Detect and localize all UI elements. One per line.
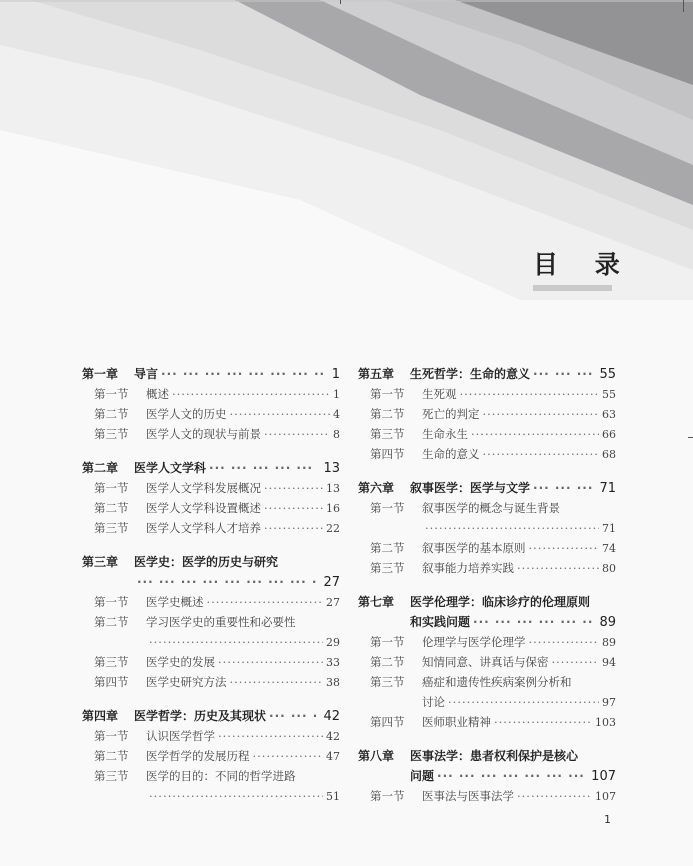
section-entry[interactable]: 第二节死亡的判定63 <box>358 404 616 424</box>
leader-dots <box>161 364 325 384</box>
section-entry[interactable]: 第四节医师职业精神103 <box>358 712 616 732</box>
section-entry-continuation[interactable]: 讨论97 <box>358 692 616 712</box>
toc-column-right: 第五章 生死哲学：生命的意义 55 第一节生死观55 第二节死亡的判定63 第三… <box>358 364 616 806</box>
toc-column-left: 第一章 导言 1 第一节概述1 第二节医学人文的历史4 第三节医学人文的现状与前… <box>82 364 340 806</box>
section-entry[interactable]: 第三节医学人文学科人才培养22 <box>82 518 340 538</box>
section-entry[interactable]: 第一节叙事医学的概念与诞生背景 <box>358 498 616 518</box>
section-entry[interactable]: 第一节医学人文学科发展概况13 <box>82 478 340 498</box>
section-entry-continuation[interactable]: 29 <box>82 632 340 652</box>
section-entry[interactable]: 第一节医事法与医事法学107 <box>358 786 616 806</box>
chapter-entry[interactable]: 第七章 医学伦理学：临床诊疗的伦理原则 <box>358 592 616 612</box>
chapter-entry-continuation[interactable]: 27 <box>82 572 340 592</box>
section-entry[interactable]: 第二节叙事医学的基本原则74 <box>358 538 616 558</box>
section-entry[interactable]: 第四节生命的意义68 <box>358 444 616 464</box>
section-entry[interactable]: 第二节医学人文学科设置概述16 <box>82 498 340 518</box>
toc-chapter: 第六章 叙事医学：医学与文学 71 第一节叙事医学的概念与诞生背景 71 第二节… <box>358 478 616 578</box>
toc-chapter: 第一章 导言 1 第一节概述1 第二节医学人文的历史4 第三节医学人文的现状与前… <box>82 364 340 444</box>
toc-chapter: 第四章 医学哲学：历史及其现状 42 第一节认识医学哲学42 第二节医学哲学的发… <box>82 706 340 806</box>
section-entry[interactable]: 第二节学习医学史的重要性和必要性 <box>82 612 340 632</box>
toc-chapter: 第七章 医学伦理学：临床诊疗的伦理原则 和实践问题 89 第一节伦理学与医学伦理… <box>358 592 616 732</box>
chapter-entry[interactable]: 第六章 叙事医学：医学与文学 71 <box>358 478 616 498</box>
toc-chapter: 第二章 医学人文学科 13 第一节医学人文学科发展概况13 第二节医学人文学科设… <box>82 458 340 538</box>
section-entry[interactable]: 第一节医学史概述27 <box>82 592 340 612</box>
chapter-entry[interactable]: 第八章 医事法学：患者权利保护是核心 <box>358 746 616 766</box>
section-entry[interactable]: 第三节叙事能力培养实践80 <box>358 558 616 578</box>
toc-chapter: 第三章 医学史：医学的历史与研究 27 第一节医学史概述27 第二节学习医学史的… <box>82 552 340 692</box>
section-entry[interactable]: 第四节医学史研究方法38 <box>82 672 340 692</box>
section-entry[interactable]: 第一节概述1 <box>82 384 340 404</box>
section-entry[interactable]: 第二节医学人文的历史4 <box>82 404 340 424</box>
chapter-entry[interactable]: 第三章 医学史：医学的历史与研究 <box>82 552 340 572</box>
chapter-entry[interactable]: 第一章 导言 1 <box>82 364 340 384</box>
chapter-entry[interactable]: 第五章 生死哲学：生命的意义 55 <box>358 364 616 384</box>
chapter-entry[interactable]: 第四章 医学哲学：历史及其现状 42 <box>82 706 340 726</box>
chapter-entry-continuation[interactable]: 问题 107 <box>358 766 616 786</box>
section-entry[interactable]: 第三节癌症和遗传性疾病案例分析和 <box>358 672 616 692</box>
title-underline <box>533 285 612 291</box>
section-entry[interactable]: 第一节生死观55 <box>358 384 616 404</box>
section-entry[interactable]: 第一节伦理学与医学伦理学89 <box>358 632 616 652</box>
crop-mark <box>688 437 693 438</box>
toc-chapter: 第八章 医事法学：患者权利保护是核心 问题 107 第一节医事法与医事法学107 <box>358 746 616 806</box>
section-entry-continuation[interactable]: 51 <box>82 786 340 806</box>
section-entry[interactable]: 第三节医学史的发展33 <box>82 652 340 672</box>
section-entry-continuation[interactable]: 71 <box>358 518 616 538</box>
chapter-entry-continuation[interactable]: 和实践问题 89 <box>358 612 616 632</box>
page-title: 目 录 <box>533 245 634 281</box>
toc-chapter: 第五章 生死哲学：生命的意义 55 第一节生死观55 第二节死亡的判定63 第三… <box>358 364 616 464</box>
crop-mark <box>683 0 684 12</box>
section-entry[interactable]: 第三节医学人文的现状与前景8 <box>82 424 340 444</box>
section-entry[interactable]: 第一节认识医学哲学42 <box>82 726 340 746</box>
section-entry[interactable]: 第三节生命永生66 <box>358 424 616 444</box>
page-number: 1 <box>604 813 611 826</box>
section-entry[interactable]: 第二节知情同意、讲真话与保密94 <box>358 652 616 672</box>
crop-mark <box>340 0 341 4</box>
chapter-entry[interactable]: 第二章 医学人文学科 13 <box>82 458 340 478</box>
section-entry[interactable]: 第三节医学的目的：不同的哲学进路 <box>82 766 340 786</box>
section-entry[interactable]: 第二节医学哲学的发展历程47 <box>82 746 340 766</box>
toc-heading: 目 录 <box>533 245 634 281</box>
